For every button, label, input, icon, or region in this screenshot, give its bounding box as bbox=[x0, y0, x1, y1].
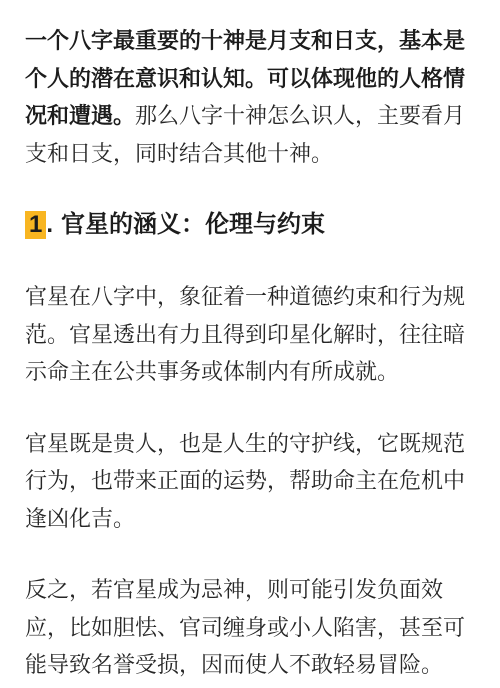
intro-paragraph: 一个八字最重要的十神是月支和日支，基本是个人的潜在意识和认知。可以体现他的人格情… bbox=[25, 22, 475, 172]
body-paragraph-3: 反之，若官星成为忌神，则可能引发负面效应，比如胆怯、官司缠身或小人陷害，甚至可能… bbox=[25, 571, 475, 684]
section-number-highlight: 1 bbox=[25, 211, 46, 239]
body-paragraph-2: 官星既是贵人，也是人生的守护线，它既规范行为，也带来正面的运势，帮助命主在危机中… bbox=[25, 425, 475, 538]
section-title: 官星的涵义：伦理与约束 bbox=[61, 211, 325, 238]
section-heading: 1.官星的涵义：伦理与约束 bbox=[25, 206, 475, 244]
body-paragraph-1: 官星在八字中，象征着一种道德约束和行为规范。官星透出有力且得到印星化解时，往往暗… bbox=[25, 278, 475, 391]
section-number-dot: . bbox=[46, 211, 53, 238]
article-page: 一个八字最重要的十神是月支和日支，基本是个人的潜在意识和认知。可以体现他的人格情… bbox=[0, 0, 500, 688]
